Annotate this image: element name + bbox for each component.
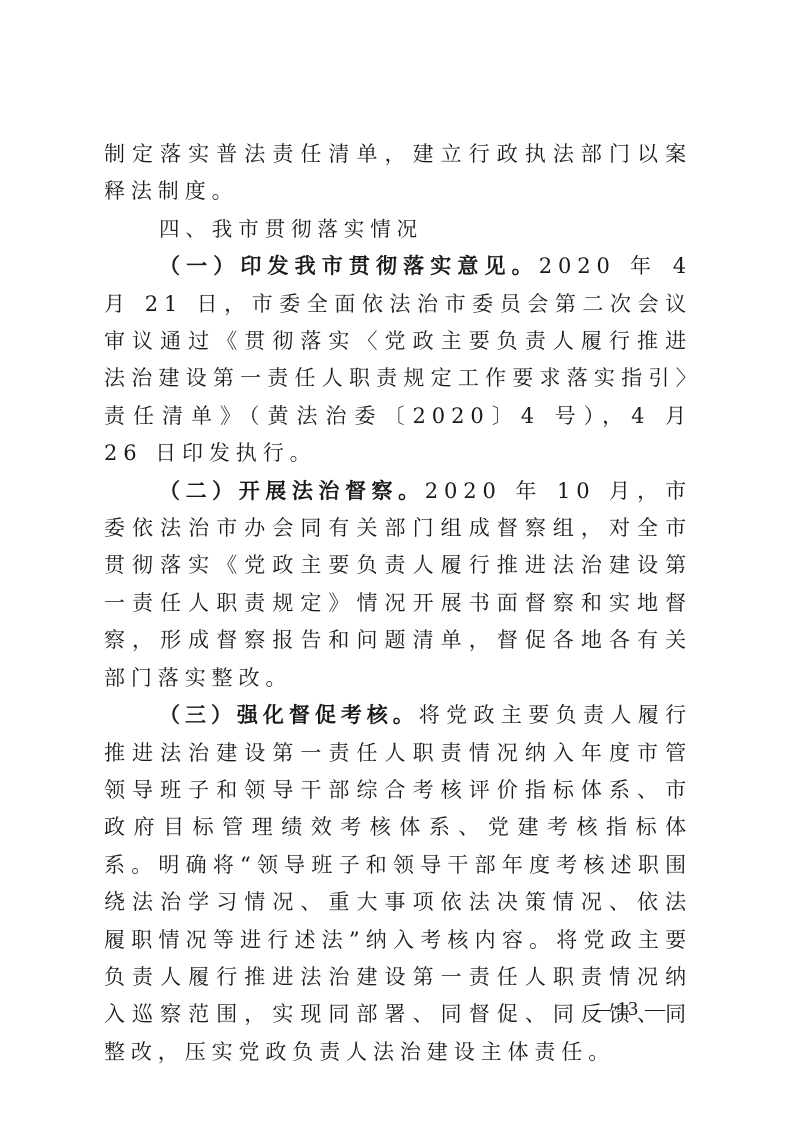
document-body: 制定落实普法责任清单，建立行政执法部门以案释法制度。 四、我市贯彻落实情况 （一… [104, 136, 692, 1071]
paragraph-section-2: （二）开展法治督察。2020 年 10 月，市委依法治市办会同有关部门组成督察组… [104, 473, 692, 697]
section-body-text: 2020 年 4 月 21 日，市委全面依法治市委员会第二次会议审议通过《贯彻落… [104, 254, 692, 465]
section-body-text: 2020 年 10 月，市委依法治市办会同有关部门组成督察组，对全市贯彻落实《党… [104, 479, 692, 690]
paragraph-section-1: （一）印发我市贯彻落实意见。2020 年 4 月 21 日，市委全面依法治市委员… [104, 248, 692, 472]
section-lead-title: （一）印发我市贯彻落实意见。 [159, 254, 539, 278]
paragraph-continuation: 制定落实普法责任清单，建立行政执法部门以案释法制度。 [104, 136, 692, 211]
page-number: — 13 — [590, 998, 666, 1021]
section-lead-title: （三）强化督促考核。 [159, 703, 419, 727]
section-heading: 四、我市贯彻落实情况 [104, 211, 692, 248]
section-lead-title: （二）开展法治督察。 [159, 479, 425, 503]
